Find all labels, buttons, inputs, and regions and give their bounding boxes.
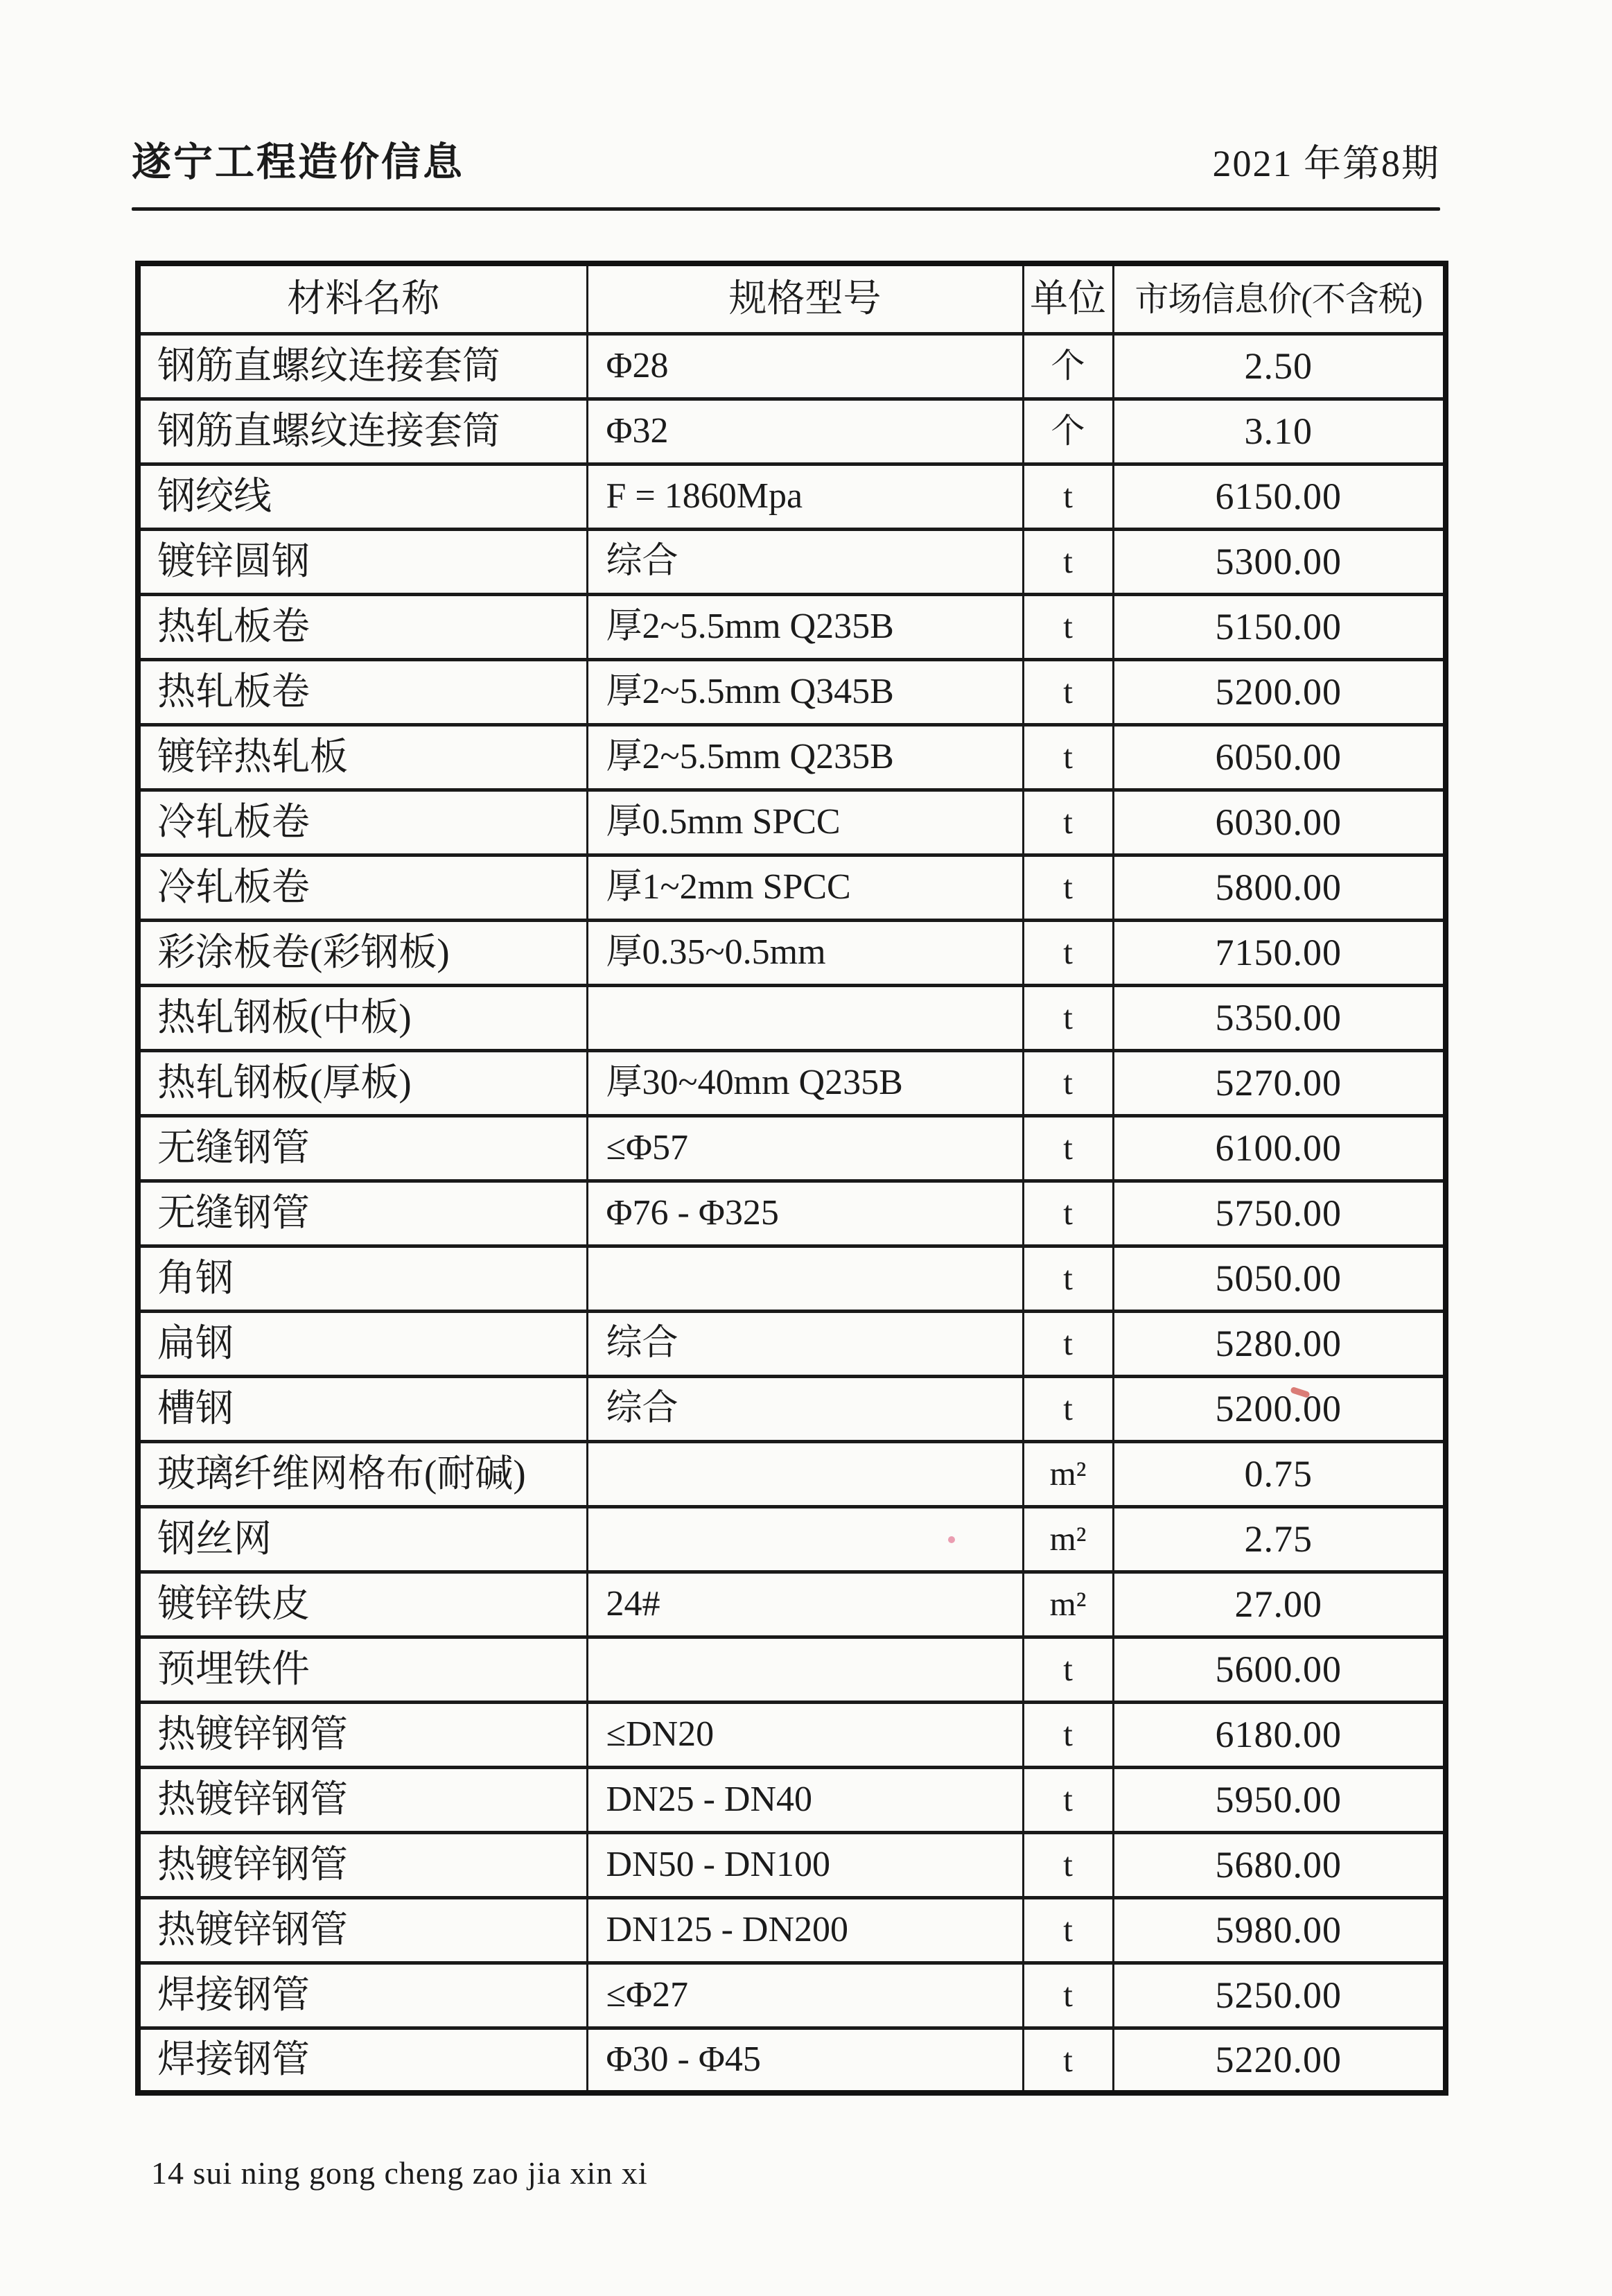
table-row: 镀锌铁皮 24# m² 27.00 bbox=[138, 1572, 1446, 1637]
material-price-table: 材料名称 规格型号 单位 市场信息价(不含税) 钢筋直螺纹连接套筒 Φ28 个 … bbox=[135, 261, 1448, 2096]
table-row: 热轧钢板(中板) t 5350.00 bbox=[138, 985, 1446, 1050]
table-row: 热轧板卷 厚2~5.5mm Q235B t 5150.00 bbox=[138, 594, 1446, 659]
spec-model-cell bbox=[587, 1246, 1023, 1311]
material-name-cell: 钢筋直螺纹连接套筒 bbox=[138, 399, 587, 464]
spec-model-cell: 厚2~5.5mm Q235B bbox=[587, 724, 1023, 790]
unit-cell: t bbox=[1023, 2028, 1113, 2093]
market-price-cell: 5050.00 bbox=[1113, 1246, 1446, 1311]
table-row: 焊接钢管 Φ30 - Φ45 t 5220.00 bbox=[138, 2028, 1446, 2093]
issue-label: 2021 年第8期 bbox=[1213, 145, 1441, 182]
unit-cell: t bbox=[1023, 1181, 1113, 1246]
market-price-cell: 0.75 bbox=[1113, 1441, 1446, 1506]
market-price-cell: 3.10 bbox=[1113, 399, 1446, 464]
spec-model-cell: 厚1~2mm SPCC bbox=[587, 855, 1023, 920]
spec-model-cell: DN25 - DN40 bbox=[587, 1767, 1023, 1832]
col-header-market-price: 市场信息价(不含税) bbox=[1113, 263, 1446, 333]
material-name-cell: 彩涂板卷(彩钢板) bbox=[138, 920, 587, 985]
market-price-cell: 6030.00 bbox=[1113, 790, 1446, 855]
table-row: 角钢 t 5050.00 bbox=[138, 1246, 1446, 1311]
market-price-cell: 6050.00 bbox=[1113, 724, 1446, 790]
price-table-body: 钢筋直螺纹连接套筒 Φ28 个 2.50 钢筋直螺纹连接套筒 Φ32 个 3.1… bbox=[138, 333, 1446, 2093]
col-header-spec-model: 规格型号 bbox=[587, 263, 1023, 333]
spec-model-cell bbox=[587, 985, 1023, 1050]
market-price-cell: 6100.00 bbox=[1113, 1115, 1446, 1181]
market-price-cell: 2.50 bbox=[1113, 333, 1446, 399]
market-price-cell: 5280.00 bbox=[1113, 1311, 1446, 1376]
unit-cell: m² bbox=[1023, 1506, 1113, 1572]
market-price-cell: 5300.00 bbox=[1113, 529, 1446, 594]
market-price-cell: 5200.00 bbox=[1113, 1376, 1446, 1441]
spec-model-cell bbox=[587, 1506, 1023, 1572]
unit-cell: t bbox=[1023, 659, 1113, 724]
material-name-cell: 热镀锌钢管 bbox=[138, 1767, 587, 1832]
page-footer: 14 sui ning gong cheng zao jia xin xi bbox=[151, 2157, 648, 2189]
material-name-cell: 钢筋直螺纹连接套筒 bbox=[138, 333, 587, 399]
unit-cell: t bbox=[1023, 1963, 1113, 2028]
header-rule-divider bbox=[132, 207, 1440, 211]
spec-model-cell: ≤Φ57 bbox=[587, 1115, 1023, 1181]
table-row: 热轧板卷 厚2~5.5mm Q345B t 5200.00 bbox=[138, 659, 1446, 724]
unit-cell: t bbox=[1023, 529, 1113, 594]
unit-cell: t bbox=[1023, 594, 1113, 659]
table-row: 镀锌圆钢 综合 t 5300.00 bbox=[138, 529, 1446, 594]
table-row: 扁钢 综合 t 5280.00 bbox=[138, 1311, 1446, 1376]
unit-cell: 个 bbox=[1023, 399, 1113, 464]
material-name-cell: 热镀锌钢管 bbox=[138, 1832, 587, 1897]
table-row: 冷轧板卷 厚0.5mm SPCC t 6030.00 bbox=[138, 790, 1446, 855]
table-row: 热镀锌钢管 ≤DN20 t 6180.00 bbox=[138, 1702, 1446, 1767]
table-row: 彩涂板卷(彩钢板) 厚0.35~0.5mm t 7150.00 bbox=[138, 920, 1446, 985]
material-name-cell: 冷轧板卷 bbox=[138, 855, 587, 920]
market-price-cell: 5950.00 bbox=[1113, 1767, 1446, 1832]
spec-model-cell: 厚2~5.5mm Q345B bbox=[587, 659, 1023, 724]
unit-cell: m² bbox=[1023, 1441, 1113, 1506]
unit-cell: t bbox=[1023, 1702, 1113, 1767]
material-name-cell: 热轧板卷 bbox=[138, 659, 587, 724]
unit-cell: m² bbox=[1023, 1572, 1113, 1637]
col-header-material-name: 材料名称 bbox=[138, 263, 587, 333]
spec-model-cell: ≤Φ27 bbox=[587, 1963, 1023, 2028]
spec-model-cell: F = 1860Mpa bbox=[587, 464, 1023, 529]
unit-cell: t bbox=[1023, 985, 1113, 1050]
col-header-unit: 单位 bbox=[1023, 263, 1113, 333]
material-name-cell: 焊接钢管 bbox=[138, 1963, 587, 2028]
table-row: 钢筋直螺纹连接套筒 Φ28 个 2.50 bbox=[138, 333, 1446, 399]
material-name-cell: 热轧钢板(中板) bbox=[138, 985, 587, 1050]
spec-model-cell: 综合 bbox=[587, 1311, 1023, 1376]
unit-cell: t bbox=[1023, 1637, 1113, 1702]
market-price-cell: 5250.00 bbox=[1113, 1963, 1446, 2028]
table-row: 冷轧板卷 厚1~2mm SPCC t 5800.00 bbox=[138, 855, 1446, 920]
unit-cell: t bbox=[1023, 1376, 1113, 1441]
spec-model-cell: 厚0.35~0.5mm bbox=[587, 920, 1023, 985]
table-row: 钢丝网 m² 2.75 bbox=[138, 1506, 1446, 1572]
spec-model-cell: DN125 - DN200 bbox=[587, 1897, 1023, 1963]
material-name-cell: 无缝钢管 bbox=[138, 1115, 587, 1181]
table-row: 热轧钢板(厚板) 厚30~40mm Q235B t 5270.00 bbox=[138, 1050, 1446, 1115]
spec-model-cell: Φ30 - Φ45 bbox=[587, 2028, 1023, 2093]
spec-model-cell bbox=[587, 1441, 1023, 1506]
table-row: 槽钢 综合 t 5200.00 bbox=[138, 1376, 1446, 1441]
unit-cell: t bbox=[1023, 464, 1113, 529]
table-row: 镀锌热轧板 厚2~5.5mm Q235B t 6050.00 bbox=[138, 724, 1446, 790]
market-price-cell: 5680.00 bbox=[1113, 1832, 1446, 1897]
material-name-cell: 无缝钢管 bbox=[138, 1181, 587, 1246]
unit-cell: t bbox=[1023, 920, 1113, 985]
material-name-cell: 角钢 bbox=[138, 1246, 587, 1311]
market-price-cell: 2.75 bbox=[1113, 1506, 1446, 1572]
spec-model-cell: ≤DN20 bbox=[587, 1702, 1023, 1767]
market-price-cell: 5150.00 bbox=[1113, 594, 1446, 659]
table-row: 焊接钢管 ≤Φ27 t 5250.00 bbox=[138, 1963, 1446, 2028]
material-name-cell: 焊接钢管 bbox=[138, 2028, 587, 2093]
unit-cell: t bbox=[1023, 1115, 1113, 1181]
header-row: 材料名称 规格型号 单位 市场信息价(不含税) bbox=[138, 263, 1446, 333]
material-name-cell: 镀锌热轧板 bbox=[138, 724, 587, 790]
spec-model-cell: 24# bbox=[587, 1572, 1023, 1637]
spec-model-cell bbox=[587, 1637, 1023, 1702]
unit-cell: t bbox=[1023, 1767, 1113, 1832]
market-price-cell: 5220.00 bbox=[1113, 2028, 1446, 2093]
material-name-cell: 槽钢 bbox=[138, 1376, 587, 1441]
material-name-cell: 镀锌圆钢 bbox=[138, 529, 587, 594]
unit-cell: t bbox=[1023, 1050, 1113, 1115]
spec-model-cell: 厚0.5mm SPCC bbox=[587, 790, 1023, 855]
spec-model-cell: 综合 bbox=[587, 1376, 1023, 1441]
market-price-cell: 7150.00 bbox=[1113, 920, 1446, 985]
material-name-cell: 扁钢 bbox=[138, 1311, 587, 1376]
market-price-cell: 5350.00 bbox=[1113, 985, 1446, 1050]
material-name-cell: 热轧板卷 bbox=[138, 594, 587, 659]
page-header: 遂宁工程造价信息 2021 年第8期 bbox=[132, 143, 1440, 182]
market-price-cell: 6150.00 bbox=[1113, 464, 1446, 529]
market-price-cell: 6180.00 bbox=[1113, 1702, 1446, 1767]
unit-cell: t bbox=[1023, 1311, 1113, 1376]
table-row: 热镀锌钢管 DN50 - DN100 t 5680.00 bbox=[138, 1832, 1446, 1897]
table-row: 钢筋直螺纹连接套筒 Φ32 个 3.10 bbox=[138, 399, 1446, 464]
material-name-cell: 热镀锌钢管 bbox=[138, 1702, 587, 1767]
market-price-cell: 5600.00 bbox=[1113, 1637, 1446, 1702]
market-price-cell: 5980.00 bbox=[1113, 1897, 1446, 1963]
material-name-cell: 钢绞线 bbox=[138, 464, 587, 529]
unit-cell: t bbox=[1023, 724, 1113, 790]
spec-model-cell: Φ28 bbox=[587, 333, 1023, 399]
unit-cell: 个 bbox=[1023, 333, 1113, 399]
spec-model-cell: DN50 - DN100 bbox=[587, 1832, 1023, 1897]
material-name-cell: 热镀锌钢管 bbox=[138, 1897, 587, 1963]
table-row: 钢绞线 F = 1860Mpa t 6150.00 bbox=[138, 464, 1446, 529]
table-row: 预埋铁件 t 5600.00 bbox=[138, 1637, 1446, 1702]
table-row: 无缝钢管 ≤Φ57 t 6100.00 bbox=[138, 1115, 1446, 1181]
material-name-cell: 热轧钢板(厚板) bbox=[138, 1050, 587, 1115]
spec-model-cell: 厚2~5.5mm Q235B bbox=[587, 594, 1023, 659]
unit-cell: t bbox=[1023, 855, 1113, 920]
market-price-cell: 27.00 bbox=[1113, 1572, 1446, 1637]
table-row: 热镀锌钢管 DN25 - DN40 t 5950.00 bbox=[138, 1767, 1446, 1832]
table-row: 无缝钢管 Φ76 - Φ325 t 5750.00 bbox=[138, 1181, 1446, 1246]
market-price-cell: 5270.00 bbox=[1113, 1050, 1446, 1115]
spec-model-cell: 综合 bbox=[587, 529, 1023, 594]
spec-model-cell: 厚30~40mm Q235B bbox=[587, 1050, 1023, 1115]
unit-cell: t bbox=[1023, 1832, 1113, 1897]
market-price-cell: 5750.00 bbox=[1113, 1181, 1446, 1246]
material-name-cell: 预埋铁件 bbox=[138, 1637, 587, 1702]
unit-cell: t bbox=[1023, 1246, 1113, 1311]
material-name-cell: 钢丝网 bbox=[138, 1506, 587, 1572]
market-price-cell: 5200.00 bbox=[1113, 659, 1446, 724]
spec-model-cell: Φ32 bbox=[587, 399, 1023, 464]
material-name-cell: 玻璃纤维网格布(耐碱) bbox=[138, 1441, 587, 1506]
table-row: 玻璃纤维网格布(耐碱) m² 0.75 bbox=[138, 1441, 1446, 1506]
material-name-cell: 镀锌铁皮 bbox=[138, 1572, 587, 1637]
price-table-header: 材料名称 规格型号 单位 市场信息价(不含税) bbox=[138, 263, 1446, 333]
unit-cell: t bbox=[1023, 1897, 1113, 1963]
market-price-cell: 5800.00 bbox=[1113, 855, 1446, 920]
table-row: 热镀锌钢管 DN125 - DN200 t 5980.00 bbox=[138, 1897, 1446, 1963]
unit-cell: t bbox=[1023, 790, 1113, 855]
scanned-document-page: 遂宁工程造价信息 2021 年第8期 材料名称 规格型号 单位 市场信息价(不含… bbox=[0, 0, 1612, 2296]
journal-title: 遂宁工程造价信息 bbox=[132, 143, 464, 182]
spec-model-cell: Φ76 - Φ325 bbox=[587, 1181, 1023, 1246]
material-name-cell: 冷轧板卷 bbox=[138, 790, 587, 855]
